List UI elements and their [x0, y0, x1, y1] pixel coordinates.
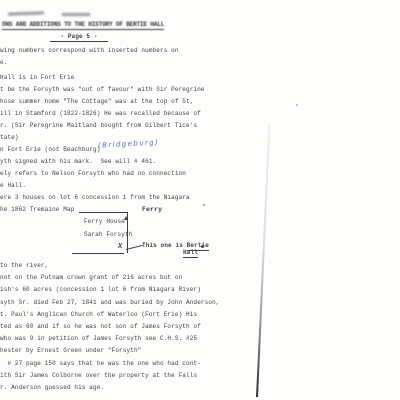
ink-speck [203, 204, 205, 206]
typed-line: to the river, [0, 262, 48, 269]
sketch-road-line-bottom [72, 253, 124, 254]
document-title: ONS AND ADDITIONS TO THE HISTORY OF BERT… [2, 21, 164, 30]
page-number: - Page 5 - [50, 33, 108, 42]
bertie-hall-callout-line2: Hall [183, 249, 198, 258]
x-mark: X [118, 244, 122, 251]
typed-line: ere 3 houses on lot 6 concession 1 from … [0, 194, 190, 201]
typed-line: wing numbers correspond with inserted nu… [0, 47, 179, 54]
typed-line: he 1862 Tremaine Map [0, 206, 74, 213]
ink-speck [296, 104, 298, 106]
scan-smudge [62, 13, 90, 16]
fold-crease [256, 125, 270, 397]
typed-line: t. Paul's Anglican Church of Waterloo (F… [0, 311, 197, 318]
typed-line: e. [0, 59, 7, 66]
typed-line: who was 9 in petition of James Forsyth s… [0, 335, 197, 342]
typed-line: hose summer home "The Cottage" was at th… [0, 98, 193, 105]
typed-line: ely refers to Nelson Forsyth who had no … [0, 170, 186, 177]
scanned-document-page: ONS AND ADDITIONS TO THE HISTORY OF BERT… [0, 0, 400, 400]
typed-line: ith Sir James Colborne over the property… [0, 372, 197, 379]
typed-line: not on the Putnam crown grant of 216 acr… [0, 274, 182, 281]
typed-line: t be the Forsyth was "out of favour" wit… [0, 86, 205, 93]
callout-text: This one is [142, 242, 187, 249]
typed-line: yth signed with his mark. See will # 461… [0, 158, 156, 165]
ink-speck [201, 245, 204, 248]
typed-line: tate) [0, 134, 19, 141]
typed-line: hester by Ernest Green under "Forsyth" [0, 347, 141, 354]
typed-line: e Hall. [0, 182, 26, 189]
typed-line: n Fort Erie (not Beachburg) [0, 146, 100, 153]
typed-line: # 27 page 150 says that he was the one w… [0, 360, 201, 367]
handwritten-annotation: (Bridgeburg) [98, 138, 160, 149]
typed-line: r. (Sir Peregrine Maitland bought from G… [0, 122, 197, 129]
bertie-hall-callout: This one is Bertie [142, 242, 209, 249]
typed-line: ish's 60 acres (concession 1 lot 6 from … [0, 286, 201, 293]
callout-connector-line [126, 245, 143, 250]
typed-line: syth Sr. died Feb 27, 1841 and was burie… [0, 299, 220, 306]
typed-line: ted as 60 and if so he was not son of Ja… [0, 323, 201, 330]
ferry-house-label: Ferry House [84, 218, 125, 225]
typed-line: r. Anderson guessed his age. [0, 384, 104, 391]
typed-line: Hall is in Fort Erie [0, 74, 74, 81]
sketch-road-line-top [79, 212, 128, 213]
ferry-label: Ferry [142, 206, 162, 213]
sarah-forsyth-label: Sarah Forsyth [84, 231, 132, 238]
scan-smudge [8, 11, 44, 15]
typed-line: ill in Stamford (1822-1826) He was recal… [0, 110, 201, 117]
